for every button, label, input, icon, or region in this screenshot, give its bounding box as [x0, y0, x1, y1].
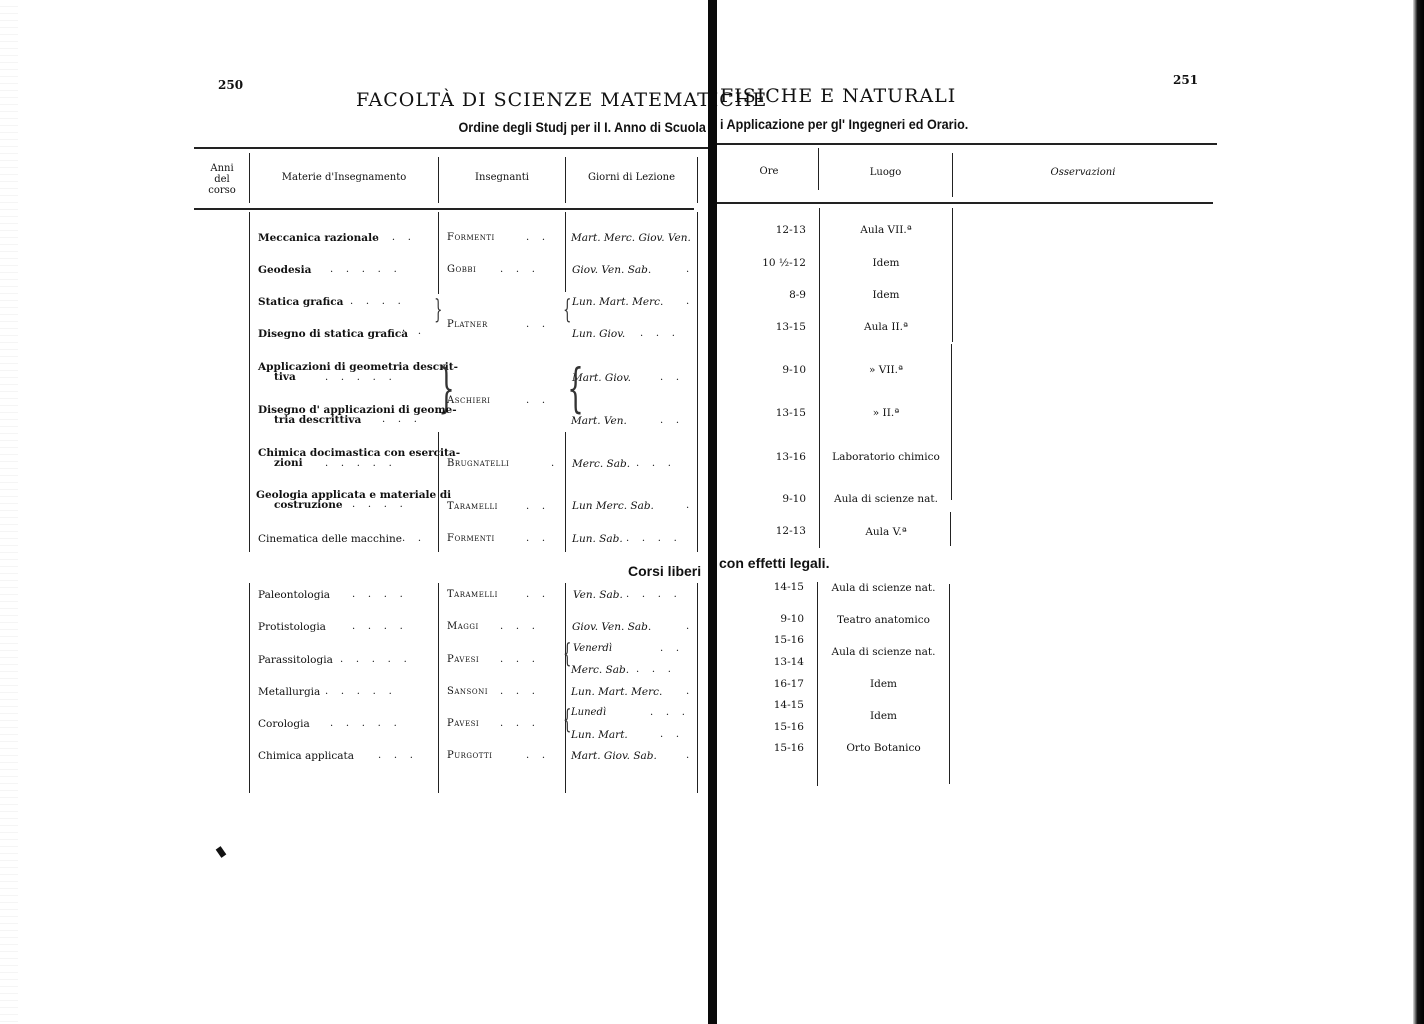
leader-dots: .	[686, 264, 689, 275]
luogo-cell: Aula di scienze nat.	[818, 582, 949, 594]
brace-icon: }	[434, 297, 442, 347]
luogo-cell: Idem	[818, 710, 949, 722]
leader-dots: . .	[660, 643, 679, 654]
col-divider	[249, 212, 250, 552]
leader-dots: . . . . .	[340, 654, 407, 665]
page-title-right: FISICHE E NATURALI	[720, 85, 956, 107]
leader-dots: . . .	[500, 264, 535, 275]
giorni-cell: Lun Merc. Sab.	[572, 500, 654, 512]
scan-right-edge	[1413, 0, 1424, 1024]
leader-dots: . . . .	[626, 533, 677, 544]
leader-dots: . . . .	[352, 621, 403, 632]
insegnante-cell: Gobbi	[447, 264, 476, 276]
ore-cell: 9-10	[740, 364, 806, 376]
col-divider	[697, 583, 698, 793]
leader-dots: . . . .	[352, 499, 403, 510]
leader-dots: . . . .	[350, 296, 401, 307]
insegnante-cell: Taramelli	[447, 589, 498, 601]
leader-dots: . .	[402, 533, 421, 544]
table-header-rule-right	[717, 202, 1213, 204]
leader-dots: . .	[526, 533, 545, 544]
insegnante-cell: Pavesi	[447, 654, 479, 666]
table-top-rule-left	[194, 147, 708, 149]
leader-dots: . .	[660, 729, 679, 740]
leader-dots: . . . . .	[325, 458, 392, 469]
header-giorni: Giorni di Lezione	[566, 172, 697, 183]
luogo-cell: » VII.ª	[820, 364, 952, 376]
materia-cell-cont: zioni	[274, 457, 303, 469]
luogo-cell: Idem	[820, 257, 952, 269]
leader-dots: . . .	[382, 414, 417, 425]
leader-dots: . .	[526, 750, 545, 761]
leader-dots: . . .	[650, 707, 685, 718]
ore-cell: 13-15	[740, 321, 806, 333]
insegnante-cell: Sansoni	[447, 686, 488, 698]
ink-blot	[216, 846, 227, 858]
header-insegnanti: Insegnanti	[439, 172, 565, 183]
leader-dots: . . .	[378, 750, 413, 761]
luogo-cell: Aula V.ª	[820, 526, 952, 538]
scan-left-edge	[0, 0, 18, 1024]
giorni-cell: Giov. Ven. Sab.	[572, 621, 651, 633]
leader-dots: . . .	[640, 328, 675, 339]
page-subtitle-right: i Applicazione per gl' Ingegneri ed Orar…	[720, 116, 968, 132]
ore-cell: 13-15	[740, 407, 806, 419]
luogo-cell: Orto Botanico	[818, 742, 949, 754]
leader-dots: .	[686, 621, 689, 632]
leader-dots: . . .	[500, 686, 535, 697]
leader-dots: . . . . .	[330, 718, 397, 729]
leader-dots: .	[686, 686, 689, 697]
ore-cell: 13-16	[740, 451, 806, 463]
book-gutter	[708, 0, 717, 1024]
leader-dots: . . .	[500, 718, 535, 729]
ore-cell: 15-16	[740, 742, 804, 754]
giorni-cell: Lun. Mart. Merc.	[571, 686, 662, 698]
col-divider	[697, 212, 698, 552]
insegnante-cell: Maggi	[447, 621, 479, 633]
leader-dots: . . .	[500, 621, 535, 632]
leader-dots: . .	[526, 395, 545, 406]
luogo-cell: Idem	[818, 678, 949, 690]
page-number-right: 251	[1173, 73, 1198, 87]
leader-dots: . .	[660, 372, 679, 383]
col-divider	[565, 583, 566, 793]
page-subtitle-left: Ordine degli Studj per il I. Anno di Scu…	[459, 119, 706, 135]
insegnante-cell: Formenti	[447, 232, 495, 244]
materia-cell: Metallurgia	[258, 686, 320, 698]
materia-cell: Geodesia	[258, 264, 311, 276]
luogo-cell: Aula II.ª	[820, 321, 952, 333]
leader-dots: . . . . .	[330, 264, 397, 275]
page-number-left: 250	[218, 78, 243, 92]
luogo-cell: Aula di scienze nat.	[820, 493, 952, 505]
brace-icon: {	[563, 297, 571, 323]
brace-icon: {	[567, 363, 584, 415]
giorni-cell: Merc. Sab.	[572, 458, 630, 470]
leader-dots: . . . .	[626, 589, 677, 600]
luogo-cell: Teatro anatomico	[818, 614, 949, 626]
page-title-left: FACOLTÀ DI SCIENZE MATEMATICHE	[356, 89, 767, 111]
giorni-cell: Lunedì	[571, 707, 606, 719]
giorni-cell: Mart. Giov. Sab.	[571, 750, 657, 762]
insegnante-cell: Purgotti	[447, 750, 492, 762]
giorni-cell: Mart. Merc. Giov. Ven.	[571, 232, 691, 244]
ore-cell: 13-14	[740, 656, 804, 668]
ore-cell: 8-9	[740, 289, 806, 301]
section-heading-free-courses-right: con effetti legali.	[719, 555, 829, 571]
leader-dots: . .	[526, 501, 545, 512]
col-divider	[565, 212, 566, 292]
header-osservazioni: Osservazioni	[953, 167, 1213, 178]
leader-dots: . .	[660, 415, 679, 426]
col-divider	[697, 157, 698, 203]
leader-dots: .	[686, 296, 689, 307]
materia-cell: Parassitologia	[258, 654, 333, 666]
leader-dots: .	[686, 750, 689, 761]
materia-cell: Chimica applicata	[258, 750, 354, 762]
leader-dots: . .	[526, 589, 545, 600]
ore-cell: 9-10	[740, 613, 804, 625]
luogo-cell: Aula VII.ª	[820, 224, 952, 236]
leader-dots: · .	[402, 326, 421, 337]
luogo-cell: Idem	[820, 289, 952, 301]
ore-cell: 12-13	[740, 224, 806, 236]
col-divider	[952, 208, 953, 342]
table-header-rule-left	[194, 208, 694, 210]
leader-dots: . . .	[636, 664, 671, 675]
insegnante-cell: Taramelli	[447, 501, 498, 513]
leader-dots: . .	[526, 232, 545, 243]
materia-cell: Disegno di statica grafica	[258, 328, 408, 340]
giorni-cell: Venerdì	[573, 643, 612, 655]
leader-dots: . . .	[376, 232, 411, 243]
luogo-cell: » II.ª	[820, 407, 952, 419]
materia-cell-cont: costruzione	[274, 499, 343, 511]
giorni-cell: Merc. Sab.	[571, 664, 629, 676]
leader-dots: . . .	[500, 654, 535, 665]
materia-cell: Cinematica delle macchine	[258, 533, 402, 545]
insegnante-cell: Platner	[447, 319, 488, 331]
giorni-cell: Lun. Sab.	[572, 533, 623, 545]
materia-cell: Statica grafica	[258, 296, 343, 308]
luogo-cell: Aula di scienze nat.	[818, 646, 949, 658]
header-materie: Materie d'Insegnamento	[250, 172, 438, 183]
ore-cell: 14-15	[740, 699, 804, 711]
giorni-cell: Ven. Sab.	[573, 589, 623, 601]
materia-cell: Meccanica razionale	[258, 232, 379, 244]
leader-dots: .	[551, 458, 554, 469]
leader-dots: . . . . .	[325, 686, 392, 697]
ore-cell: 15-16	[740, 721, 804, 733]
ore-cell: 12-13	[740, 525, 806, 537]
col-divider	[565, 432, 566, 552]
materia-cell: Protistologia	[258, 621, 326, 633]
section-heading-free-courses-left: Corsi liberi	[628, 563, 701, 579]
col-divider	[949, 584, 950, 784]
materia-cell-cont: tria descrittiva	[274, 414, 361, 426]
ore-cell: 15-16	[740, 634, 804, 646]
insegnante-cell: Brugnatelli	[447, 458, 509, 470]
giorni-cell: Mart. Ven.	[571, 415, 627, 427]
materia-cell: Corologia	[258, 718, 310, 730]
leader-dots: . . . .	[352, 589, 403, 600]
header-ore: Ore	[720, 166, 818, 177]
giorni-cell: Lun. Mart. Merc.	[572, 296, 663, 308]
insegnante-cell: Formenti	[447, 533, 495, 545]
ore-cell: 9-10	[740, 493, 806, 505]
leader-dots: .	[686, 500, 689, 511]
materia-cell-cont: tiva	[274, 371, 296, 383]
materia-cell: Paleontologia	[258, 589, 330, 601]
leader-dots: . . . . .	[325, 372, 392, 383]
ore-cell: 10 ½-12	[740, 257, 806, 269]
table-top-rule-right	[717, 143, 1217, 145]
giorni-cell: Giov. Ven. Sab.	[572, 264, 651, 276]
header-anni-label: Anni del corso	[205, 163, 239, 196]
luogo-cell: Laboratorio chimico	[820, 451, 952, 463]
col-divider	[438, 583, 439, 793]
leader-dots: . .	[526, 319, 545, 330]
giorni-cell: Lun. Giov.	[572, 328, 625, 340]
leader-dots: . . .	[636, 458, 671, 469]
insegnante-cell: Pavesi	[447, 718, 479, 730]
header-luogo: Luogo	[819, 167, 952, 178]
ore-cell: 14-15	[740, 581, 804, 593]
ore-cell: 16-17	[740, 678, 804, 690]
header-anni-del-corso: Anni del corso	[196, 163, 248, 196]
giorni-cell: Lun. Mart.	[571, 729, 628, 741]
col-divider	[249, 583, 250, 793]
col-divider	[438, 212, 439, 294]
